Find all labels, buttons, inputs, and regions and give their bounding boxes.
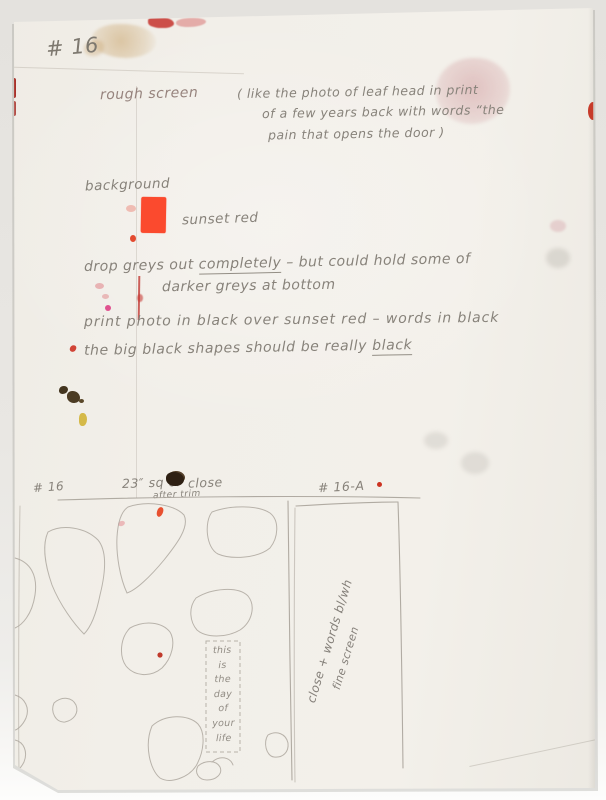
paper-sheet: # 16 rough screen ( like the photo of le…	[0, 0, 606, 800]
word-column-line: your	[212, 718, 235, 729]
red-dot-in-blob	[157, 652, 162, 657]
photo-of-worksheet: # 16 rough screen ( like the photo of le…	[0, 0, 606, 800]
word-column-line: the	[214, 674, 231, 685]
word-column-line: this	[213, 645, 232, 656]
word-column-line: day	[214, 689, 233, 700]
word-column: this is the day of your life	[205, 644, 241, 747]
word-column-line: of	[218, 703, 228, 714]
word-column-line: is	[218, 660, 226, 671]
word-column-line: life	[216, 732, 232, 743]
pencil-sketch	[0, 0, 606, 800]
sketch-blob-shapes	[14, 504, 288, 781]
